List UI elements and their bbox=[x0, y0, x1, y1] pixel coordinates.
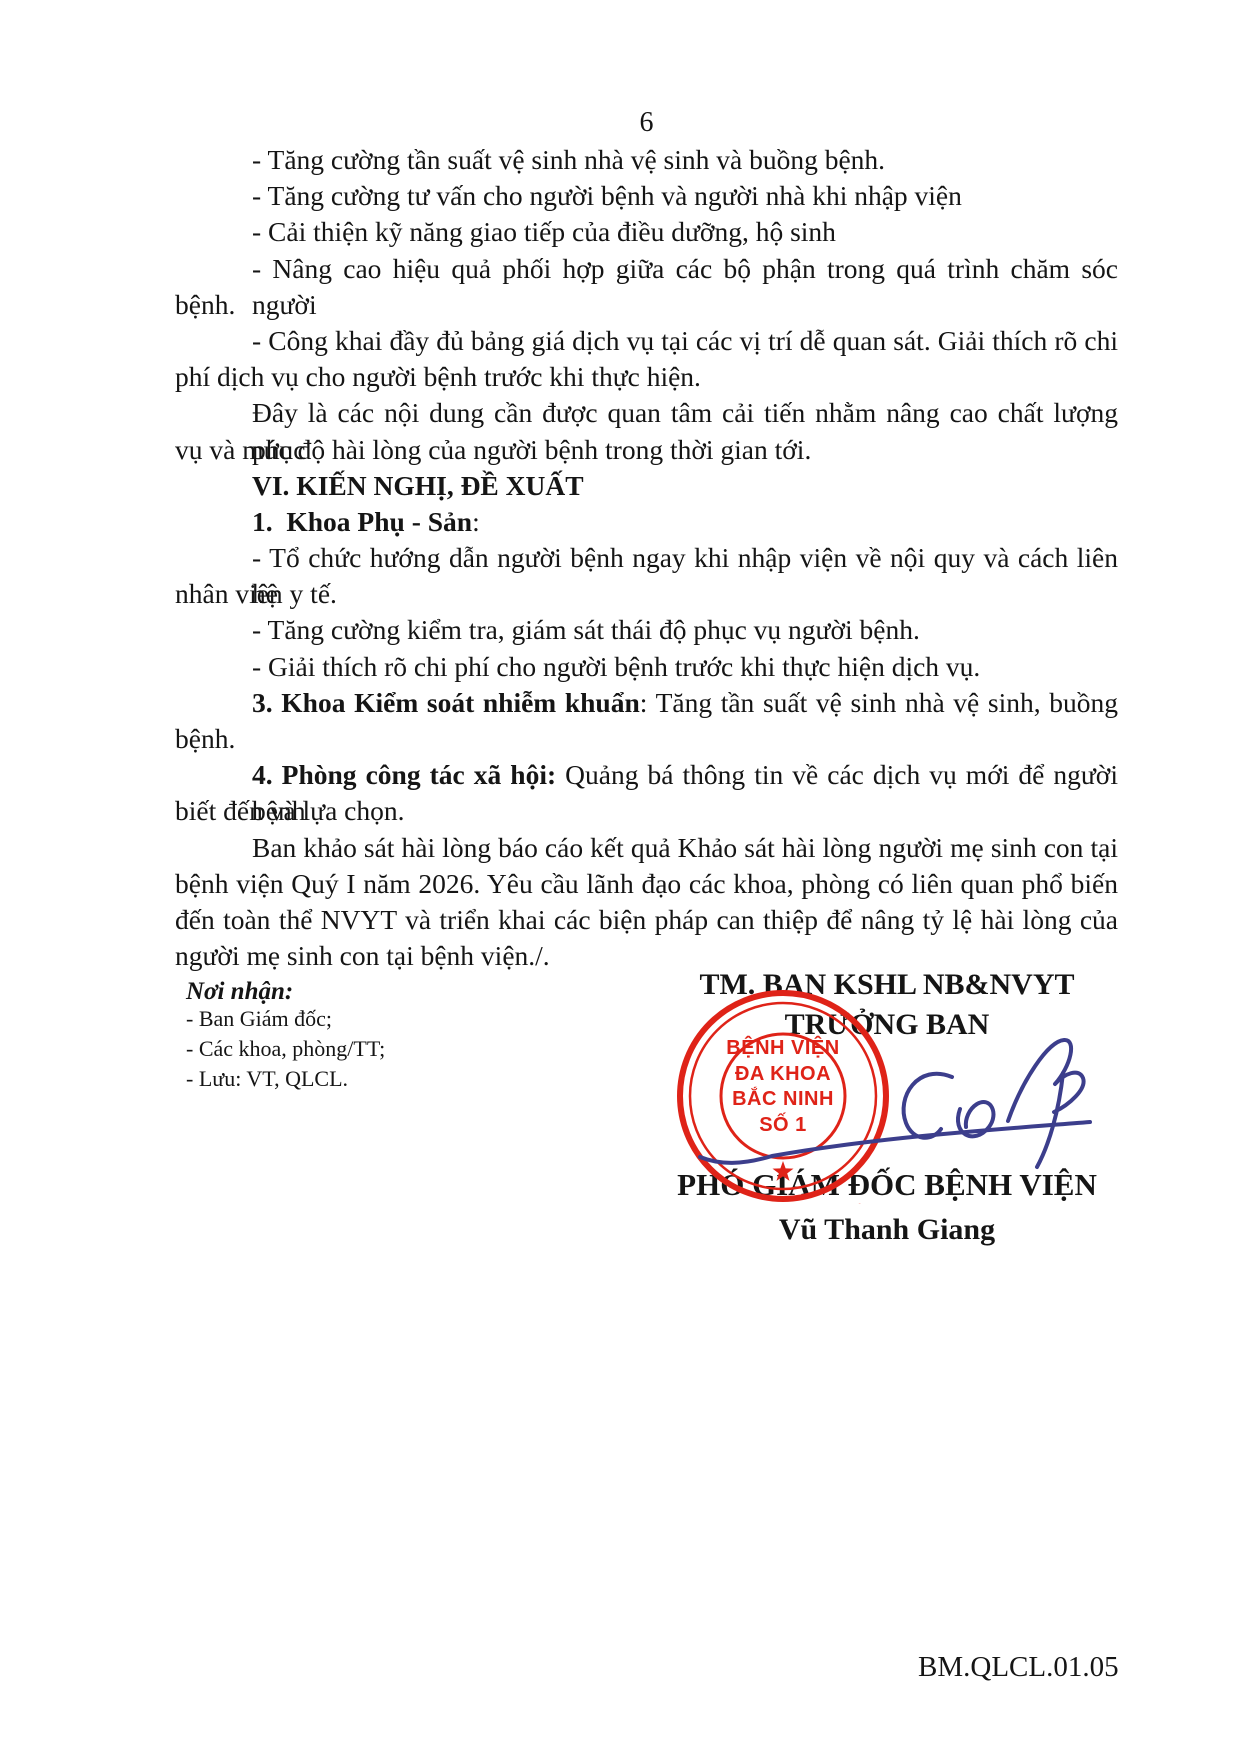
body-line-segment: bệnh. bbox=[175, 723, 235, 754]
body-line-segment: - Tăng cường tần suất vệ sinh nhà vệ sin… bbox=[252, 144, 885, 175]
body-line-segment: - Cải thiện kỹ năng giao tiếp của điều d… bbox=[252, 216, 836, 247]
body-line-bold-segment: 3. Khoa Kiểm soát nhiễm khuẩn bbox=[252, 687, 640, 718]
body-line-segment: biết đến và lựa chọn. bbox=[175, 795, 404, 826]
body-line-bold-segment: 1. Khoa Phụ - Sản bbox=[252, 506, 472, 537]
body-line-segment: - Công khai đầy đủ bảng giá dịch vụ tại … bbox=[252, 325, 1118, 356]
body-line-bold-segment: 4. Phòng công tác xã hội: bbox=[252, 759, 556, 790]
body-line: đến toàn thể NVYT và triển khai các biện… bbox=[175, 902, 1118, 938]
body-line-segment: phí dịch vụ cho người bệnh trước khi thự… bbox=[175, 361, 701, 392]
body-line: phí dịch vụ cho người bệnh trước khi thự… bbox=[175, 359, 1118, 395]
signer-name: Vũ Thanh Giang bbox=[637, 1211, 1137, 1249]
signature-stroke-c bbox=[904, 1074, 952, 1138]
recipients-list: - Ban Giám đốc;- Các khoa, phòng/TT;- Lư… bbox=[186, 1004, 385, 1094]
signature-stroke-descender bbox=[1037, 1073, 1063, 1167]
body-line: - Tăng cường kiểm tra, giám sát thái độ … bbox=[175, 612, 1118, 648]
body-line: Đây là các nội dung cần được quan tâm cả… bbox=[175, 395, 1118, 431]
body-line-segment: bệnh viện Quý I năm 2026. Yêu cầu lãnh đ… bbox=[175, 868, 1118, 899]
body-line-segment: bệnh. bbox=[175, 289, 235, 320]
body-line: VI. KIẾN NGHỊ, ĐỀ XUẤT bbox=[175, 468, 1118, 504]
body-line: bệnh. bbox=[175, 721, 1118, 757]
body-line: 1. Khoa Phụ - Sản: bbox=[175, 504, 1118, 540]
body-line-segment: - Giải thích rõ chi phí cho người bệnh t… bbox=[252, 651, 980, 682]
body-line: - Tăng cường tần suất vệ sinh nhà vệ sin… bbox=[175, 142, 1118, 178]
form-code: BM.QLCL.01.05 bbox=[918, 1651, 1119, 1683]
body-line: Ban khảo sát hài lòng báo cáo kết quả Kh… bbox=[175, 830, 1118, 866]
signature-stroke-ascender bbox=[1008, 1040, 1084, 1121]
body-line: - Giải thích rõ chi phí cho người bệnh t… bbox=[175, 649, 1118, 685]
body-line: nhân viên y tế. bbox=[175, 576, 1118, 612]
body-line-segment: - Tăng cường kiểm tra, giám sát thái độ … bbox=[252, 614, 920, 645]
body-line: bệnh viện Quý I năm 2026. Yêu cầu lãnh đ… bbox=[175, 866, 1118, 902]
body-line-segment: nhân viên y tế. bbox=[175, 578, 337, 609]
handwritten-signature bbox=[660, 1025, 1120, 1175]
body-line-segment: - Tăng cường tư vấn cho người bệnh và ng… bbox=[252, 180, 962, 211]
body-line: - Công khai đầy đủ bảng giá dịch vụ tại … bbox=[175, 323, 1118, 359]
signature-underline bbox=[700, 1122, 1090, 1163]
page-number: 6 bbox=[175, 106, 1118, 140]
body-line-segment: vụ và mức độ hài lòng của người bệnh tro… bbox=[175, 434, 811, 465]
recipient-item: - Lưu: VT, QLCL. bbox=[186, 1064, 385, 1094]
body-line: vụ và mức độ hài lòng của người bệnh tro… bbox=[175, 432, 1118, 468]
recipient-item: - Ban Giám đốc; bbox=[186, 1004, 385, 1034]
body-line: 3. Khoa Kiểm soát nhiễm khuẩn: Tăng tần … bbox=[175, 685, 1118, 721]
body-line: - Tổ chức hướng dẫn người bệnh ngay khi … bbox=[175, 540, 1118, 576]
body-line: - Nâng cao hiệu quả phối hợp giữa các bộ… bbox=[175, 251, 1118, 287]
body-line: 4. Phòng công tác xã hội: Quảng bá thông… bbox=[175, 757, 1118, 793]
body-line-segment: đến toàn thể NVYT và triển khai các biện… bbox=[175, 904, 1118, 935]
body-line: - Tăng cường tư vấn cho người bệnh và ng… bbox=[175, 178, 1118, 214]
body-line-segment: Ban khảo sát hài lòng báo cáo kết quả Kh… bbox=[252, 832, 1118, 863]
body-line: biết đến và lựa chọn. bbox=[175, 793, 1118, 829]
body-line-segment: : bbox=[472, 506, 480, 537]
body-line: - Cải thiện kỹ năng giao tiếp của điều d… bbox=[175, 214, 1118, 250]
document-body: - Tăng cường tần suất vệ sinh nhà vệ sin… bbox=[175, 142, 1118, 974]
recipient-item: - Các khoa, phòng/TT; bbox=[186, 1034, 385, 1064]
document-page: 6 - Tăng cường tần suất vệ sinh nhà vệ s… bbox=[0, 0, 1241, 1755]
body-line-segment: : Tăng tần suất vệ sinh nhà vệ sinh, buồ… bbox=[640, 687, 1118, 718]
body-line-bold-segment: VI. KIẾN NGHỊ, ĐỀ XUẤT bbox=[252, 470, 584, 501]
body-line-segment: người mẹ sinh con tại bệnh viện./. bbox=[175, 940, 550, 971]
